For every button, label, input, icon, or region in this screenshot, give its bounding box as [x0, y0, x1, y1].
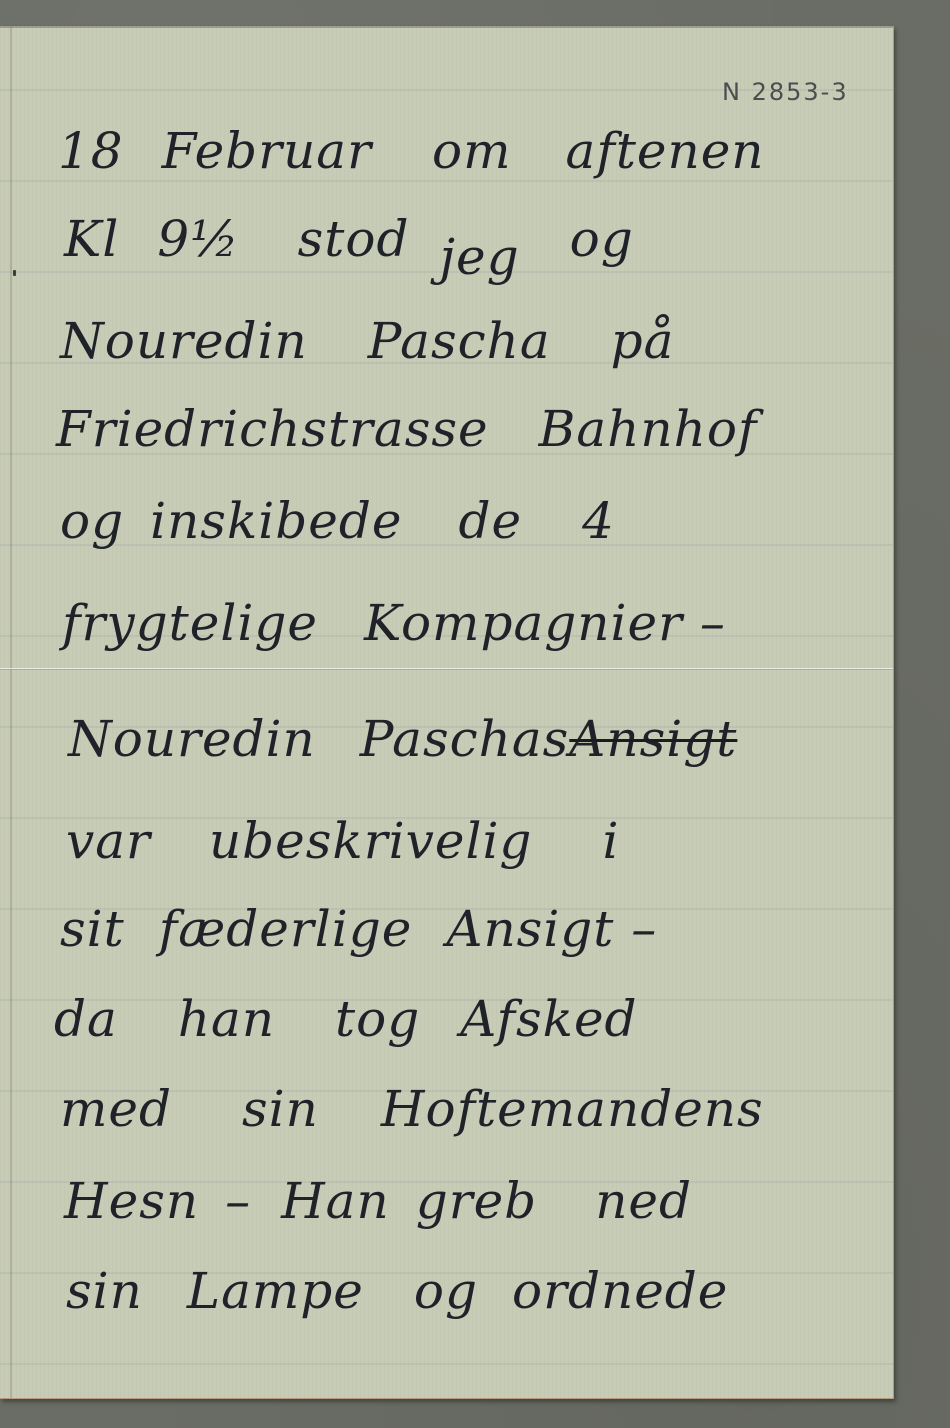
word: med: [60, 1084, 172, 1134]
word: aftenen: [566, 126, 765, 176]
word: tog: [335, 994, 420, 1044]
catalog-number: N 2853-3: [722, 78, 849, 106]
word: og: [60, 496, 124, 546]
word: han: [178, 994, 275, 1044]
word: greb: [416, 1176, 538, 1226]
word: da: [54, 994, 118, 1044]
struck-word: Ansigt: [569, 714, 737, 764]
word: Nouredin: [60, 316, 308, 366]
word: sit: [60, 904, 125, 954]
manuscript-line-11: medsinHoftemandens: [60, 1084, 802, 1134]
word: på: [611, 316, 675, 366]
word: Afsked: [460, 994, 637, 1044]
word: Nouredin: [68, 714, 316, 764]
word: Kompagnier –: [364, 598, 726, 648]
manuscript-line-9: sitfæderligeAnsigt –: [60, 904, 695, 954]
manuscript-line-5: oginskibedede4: [60, 496, 653, 546]
manuscript-page: N 2853-3 18Februaromaftenen Kl9½stodjego…: [0, 26, 894, 1399]
word: Lampe: [187, 1266, 364, 1316]
word: Han: [281, 1176, 390, 1226]
word: Hoftemandens: [381, 1084, 764, 1134]
word: Kl: [64, 214, 119, 264]
word: Paschas: [360, 714, 570, 764]
word: inskibede: [150, 496, 402, 546]
word: frygtelige: [62, 598, 318, 648]
word: 9½: [157, 214, 239, 264]
horizontal-fold-crease: [0, 668, 893, 669]
word: 4: [582, 496, 615, 546]
page-top-edge: [0, 26, 893, 28]
manuscript-line-13: sinLampeogordnede: [66, 1266, 766, 1316]
word: ubeskrivelig: [209, 816, 532, 866]
word: var: [66, 816, 151, 866]
ink-speck: [13, 270, 16, 276]
manuscript-line-2: Kl9½stodjegog: [64, 214, 672, 264]
word: sin: [66, 1266, 143, 1316]
manuscript-line-1: 18Februaromaftenen: [58, 126, 803, 176]
manuscript-line-6: frygteligeKompagnier –: [62, 598, 764, 648]
word: –: [225, 1176, 251, 1226]
word: jeg: [440, 232, 520, 282]
word: ordnede: [512, 1266, 728, 1316]
word: Februar: [162, 126, 372, 176]
manuscript-line-10: dahantogAfsked: [54, 994, 676, 1044]
word: stod: [298, 214, 410, 264]
word: ned: [595, 1176, 692, 1226]
manuscript-line-8: varubeskriveligi: [66, 816, 657, 866]
word: Hesn: [64, 1176, 199, 1226]
manuscript-line-7: NouredinPaschasAnsigt: [68, 714, 775, 764]
word: Ansigt –: [446, 904, 657, 954]
manuscript-line-12: Hesn–Hangrebned: [64, 1176, 730, 1226]
manuscript-line-4: FriedrichstrasseBahnhof: [56, 404, 795, 454]
word: Bahnhof: [539, 404, 758, 454]
word: i: [602, 816, 619, 866]
word: og: [414, 1266, 478, 1316]
word: sin: [242, 1084, 319, 1134]
left-binding-fold: [10, 26, 12, 1398]
word: fæderlige: [159, 904, 413, 954]
word: de: [458, 496, 522, 546]
word: Pascha: [368, 316, 551, 366]
manuscript-line-3: NouredinPaschapå: [60, 316, 712, 366]
word: og: [570, 214, 634, 264]
word: 18: [58, 126, 124, 176]
word: om: [432, 126, 512, 176]
word: Friedrichstrasse: [56, 404, 489, 454]
